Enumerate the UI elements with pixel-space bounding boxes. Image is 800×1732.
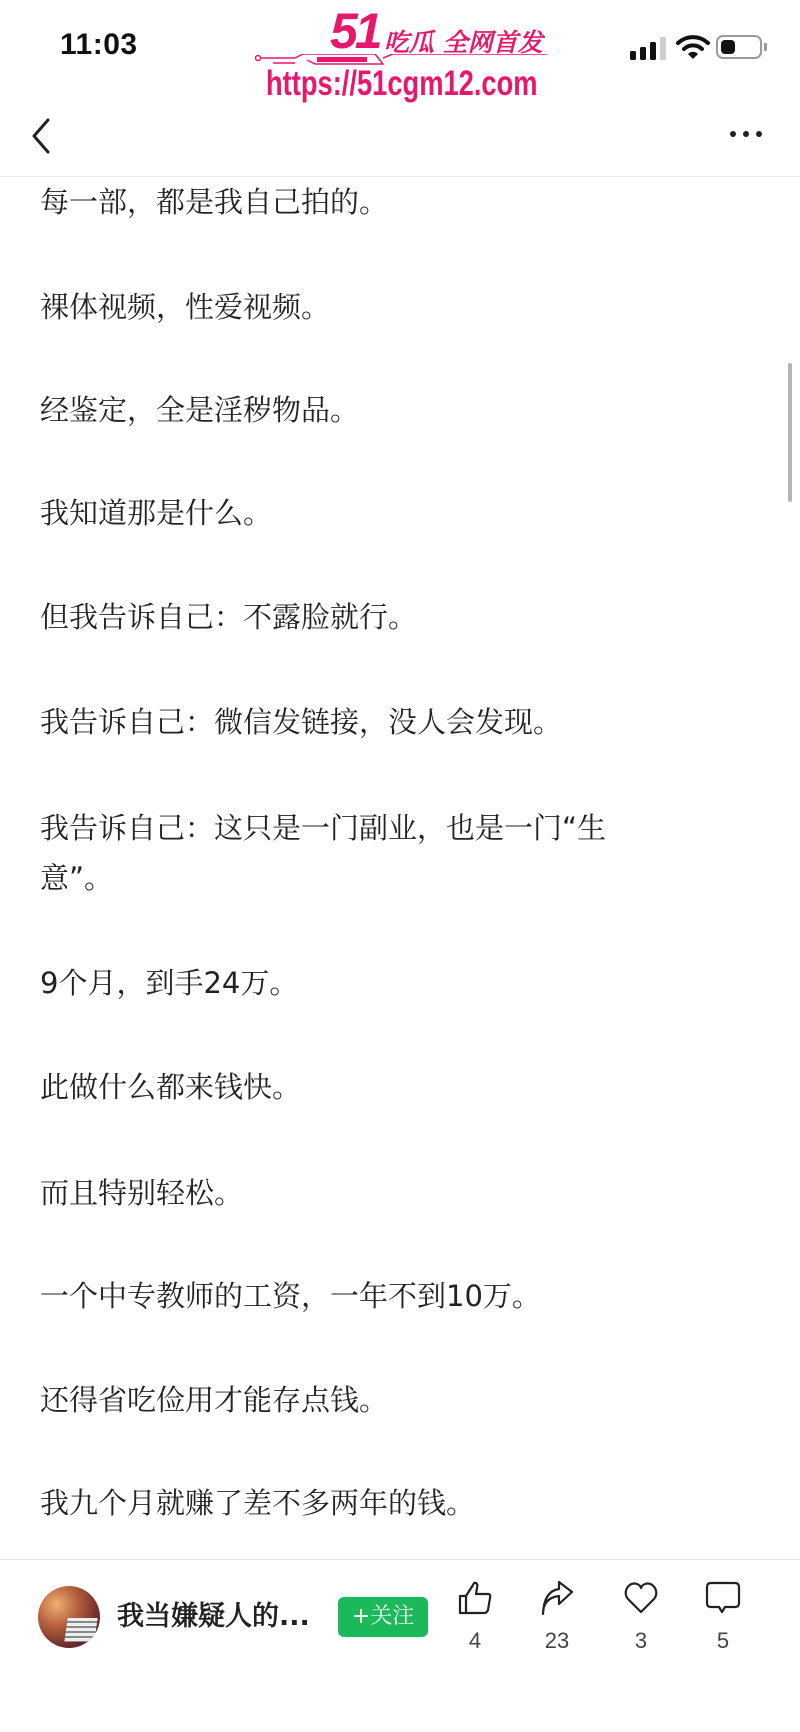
follow-button[interactable]: +关注 xyxy=(338,1597,428,1637)
article-paragraph: 我告诉自己：这只是一门副业，也是一门“生 意”。 xyxy=(40,803,760,903)
article-paragraph: 而且特别轻松。 xyxy=(40,1168,760,1218)
battery-nub xyxy=(764,43,767,51)
favorite-button[interactable]: 3 xyxy=(611,1580,671,1660)
article-paragraph: 但我告诉自己：不露脸就行。 xyxy=(40,592,760,642)
share-count: 23 xyxy=(527,1628,587,1654)
like-count: 4 xyxy=(445,1628,505,1654)
avatar-image xyxy=(64,1618,97,1642)
watermark-title: 吃瓜 全网首发 xyxy=(384,30,543,55)
article-paragraph: 此做什么都来钱快。 xyxy=(40,1062,760,1112)
article-paragraph: 我知道那是什么。 xyxy=(40,488,760,538)
more-options-button[interactable] xyxy=(724,124,768,144)
wifi-icon xyxy=(676,33,710,61)
bottom-divider xyxy=(0,1559,800,1560)
article-paragraph: 还得省吃俭用才能存点钱。 xyxy=(40,1375,760,1425)
back-button[interactable] xyxy=(28,116,58,156)
watermark-url: https://51cgm12.com xyxy=(266,66,538,101)
like-button[interactable]: 4 xyxy=(445,1580,505,1660)
comment-button[interactable]: 5 xyxy=(693,1580,753,1660)
share-button[interactable]: 23 xyxy=(527,1580,587,1660)
battery-icon xyxy=(716,35,762,59)
avatar[interactable] xyxy=(38,1586,100,1648)
article-paragraph: 我告诉自己：微信发链接，没人会发现。 xyxy=(40,697,760,747)
comment-icon xyxy=(705,1580,741,1616)
article-paragraph: 我九个月就赚了差不多两年的钱。 xyxy=(40,1478,760,1528)
article-paragraph: 一个中专教师的工资，一年不到10万。 xyxy=(40,1271,760,1321)
heart-icon xyxy=(623,1580,659,1616)
comment-count: 5 xyxy=(693,1628,753,1654)
article-paragraph: 9个月，到手24万。 xyxy=(40,958,760,1008)
author-name[interactable]: 我当嫌疑人的... xyxy=(117,1598,310,1636)
thumbs-up-icon xyxy=(457,1580,493,1616)
watermark-logo: 51 xyxy=(330,6,380,56)
signal-icon xyxy=(630,36,670,60)
share-icon xyxy=(539,1580,575,1616)
status-time: 11:03 xyxy=(60,28,138,62)
article-paragraph: 裸体视频，性爱视频。 xyxy=(40,282,760,332)
article-paragraph: 每一部，都是我自己拍的。 xyxy=(40,177,760,227)
article-paragraph: 经鉴定，全是淫秽物品。 xyxy=(40,385,760,435)
scrollbar[interactable] xyxy=(788,363,792,502)
favorite-count: 3 xyxy=(611,1628,671,1654)
